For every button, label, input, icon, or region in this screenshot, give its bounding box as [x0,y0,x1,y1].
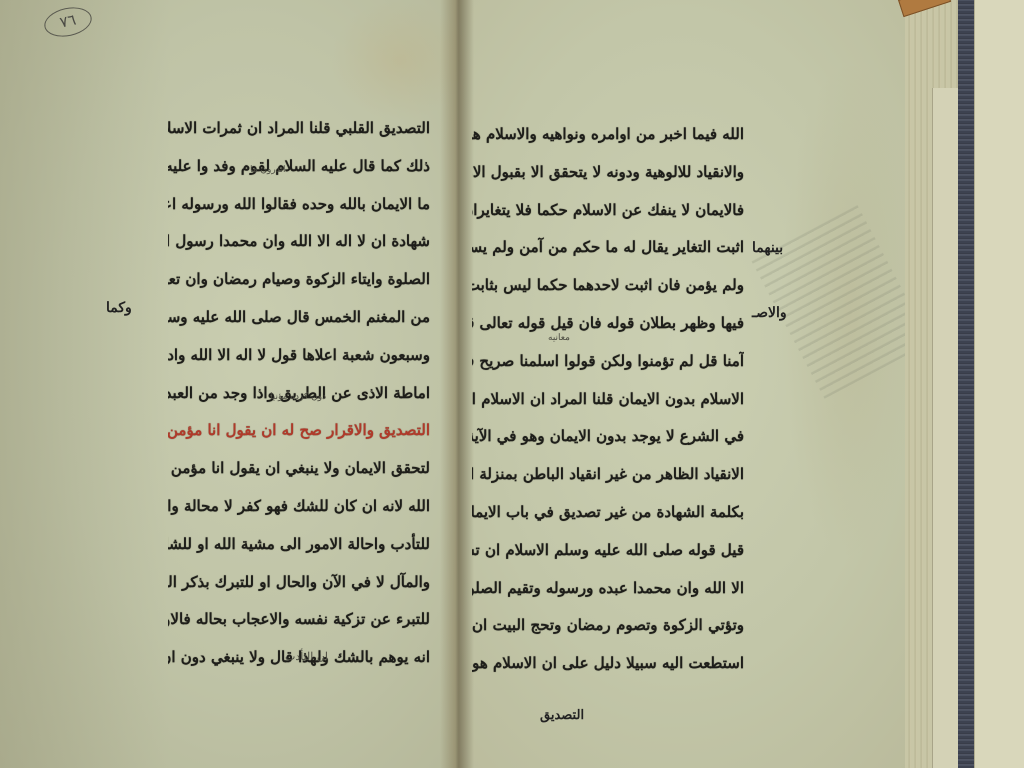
text-line: من المغنم الخمس قال صلى الله عليه وسلم ا… [168,299,430,337]
text-line: وتؤتي الزكوة وتصوم رمضان وتحج البيت ان [472,607,744,645]
text-line: الصلوة وايتاء الزكوة وصيام رمضان وان تعط… [168,261,430,299]
text-line: الله فيما اخبر من اوامره ونواهيه والاسلا… [472,116,744,154]
text-line: آمنا قل لم تؤمنوا ولكن قولوا اسلمنا صريح… [472,343,744,381]
text-line: الانقياد الظاهر من غير انقياد الباطن بمن… [472,456,744,494]
text-line: التصديق القلبي قلنا المراد ان ثمرات الاس… [168,110,430,148]
text-line: الله لانه ان كان للشك فهو كفر لا محالة و… [168,488,430,526]
text-line: الا الله وان محمدا عبده ورسوله وتقيم الص… [472,570,744,608]
cover-binding-strip [958,0,974,768]
rubric-line: التصديق والاقرار صح له ان يقول انا مؤمن … [168,412,430,450]
book-gutter [440,0,474,768]
margin-note: بينهما [752,240,783,256]
text-line: اثبت التغاير يقال له ما حكم من آمن ولم ي… [472,229,744,267]
catchword: التصديق [540,708,584,723]
text-line: الاسلام بدون الايمان قلنا المراد ان الاس… [472,381,744,419]
margin-note: وكما [106,300,132,316]
bottom-note: ان التأدب [285,650,328,663]
text-line: شهادة ان لا اله الا الله وان محمدا رسول … [168,223,430,261]
text-line: قيل قوله صلى الله عليه وسلم الاسلام ان ت… [472,532,744,570]
text-line: فيها وظهر بطلان قوله فان قيل قوله تعالى … [472,305,744,343]
text-line: ولم يؤمن فان اثبت لاحدهما حكما ليس بثابت… [472,267,744,305]
water-stain [0,0,170,768]
back-board [974,0,1024,768]
text-line: ذلك كما قال عليه السلام لقوم وفد وا عليه… [168,148,430,186]
text-line: ما الايمان بالله وحده فقالوا الله ورسوله… [168,186,430,224]
text-line: وسبعون شعبة اعلاها قول لا اله الا الله و… [168,337,430,375]
interlinear-note: اتدرون ما [250,165,285,175]
text-line: لتحقق الايمان ولا ينبغي ان يقول انا مؤمن… [168,450,430,488]
text-line: بكلمة الشهادة من غير تصديق في باب الايما… [472,494,744,532]
text-line: والانقياد للالوهية ودونه لا يتحقق الا بق… [472,154,744,192]
text-line: فالايمان لا ينفك عن الاسلام حكما فلا يتغ… [472,192,744,230]
right-page-text: الله فيما اخبر من اوامره ونواهيه والاسلا… [472,116,744,683]
text-line: في الشرع لا يوجد بدون الايمان وهو في الآ… [472,418,744,456]
interlinear-note: دون كرده مؤنيا [270,392,326,402]
text-line: للتأدب واحالة الامور الى مشية الله او لل… [168,526,430,564]
text-line: للتبرء عن تزكية نفسه والاعجاب بحاله فالا… [168,601,430,639]
manuscript-spread: ٧٦ التصديق القلبي قلنا المراد ان ثمرات ا… [0,0,1024,768]
text-line: استطعت اليه سبيلا دليل على ان الاسلام هو… [472,645,744,683]
margin-note: والاصـ [752,305,787,321]
interlinear-note: معانيه [548,333,570,343]
text-line: والمآل لا في الآن والحال او للتبرك بذكر … [168,564,430,602]
